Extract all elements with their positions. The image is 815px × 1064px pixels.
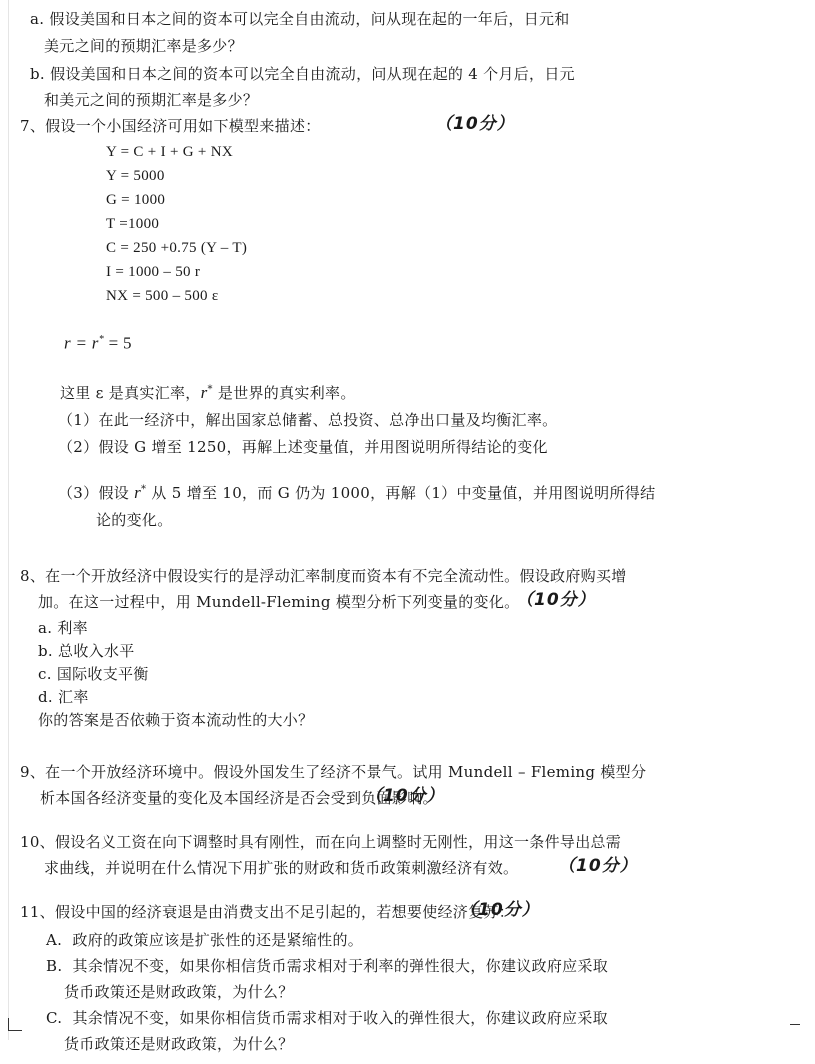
q7-intro: 7、假设一个小国经济可用如下模型来描述： <box>20 116 321 136</box>
question-number: 7、 <box>20 117 45 135</box>
note-text: 这里 ε 是真实汇率， <box>60 384 201 402</box>
q10-line1: 10、假设名义工资在向下调整时具有刚性，而在向上调整时无刚性，用这一条件导出总需 <box>20 832 621 852</box>
scan-dash-mark <box>790 1024 800 1025</box>
item-label: b. <box>30 65 45 83</box>
q8-line2: 加。在这一过程中，用 Mundell-Fleming 模型分析下列变量的变化。 <box>38 592 519 612</box>
question-text: 在一个开放经济环境中。假设外国发生了经济不景气。试用 Mundell – Fle… <box>45 763 646 781</box>
sub-text: （3）假设 <box>58 484 134 502</box>
q11-option-b-line2: 货币政策还是财政政策，为什么？ <box>64 982 294 1002</box>
exam-page: a. 假设美国和日本之间的资本可以完全自由流动，问从现在起的一年后，日元和 美元… <box>0 0 815 1064</box>
q9-score: （10分） <box>365 786 445 806</box>
item-text: 假设美国和日本之间的资本可以完全自由流动，问从现在起的一年后，日元和 <box>49 10 569 28</box>
q6-b-line1: b. 假设美国和日本之间的资本可以完全自由流动，问从现在起的 4 个月后，日元 <box>30 64 575 84</box>
q6-a-line2: 美元之间的预期汇率是多少？ <box>44 36 243 56</box>
equation: NX = 500 – 500 ε <box>106 286 218 306</box>
scan-corner-mark <box>8 1030 22 1031</box>
q11-score: （10分） <box>460 900 540 920</box>
q11-intro: 11、假设中国的经济衰退是由消费支出不足引起的，若想要使经济复苏： <box>20 902 514 922</box>
q7-sub1: （1）在此一经济中，解出国家总储蓄、总投资、总净出口量及均衡汇率。 <box>58 410 557 430</box>
q9-line1: 9、在一个开放经济环境中。假设外国发生了经济不景气。试用 Mundell – F… <box>20 762 646 782</box>
q7-sub3-line1: （3）假设 r* 从 5 增至 10，而 G 仍为 1000，再解（1）中变量值… <box>58 480 655 503</box>
option-label: B. <box>46 957 62 975</box>
question-number: 9、 <box>20 763 45 781</box>
equation: T =1000 <box>106 214 159 234</box>
option-text: 政府的政策应该是扩张性的还是紧缩性的。 <box>72 931 363 949</box>
q11-option-c-line2: 货币政策还是财政政策，为什么？ <box>64 1034 294 1054</box>
q7-note: 这里 ε 是真实汇率，r* 是世界的真实利率。 <box>60 380 356 403</box>
equation: Y = 5000 <box>106 166 165 186</box>
question-number: 10、 <box>20 833 55 851</box>
question-text: 假设名义工资在向下调整时具有刚性，而在向上调整时无刚性，用这一条件导出总需 <box>55 833 621 851</box>
question-text: 假设中国的经济衰退是由消费支出不足引起的，若想要使经济复苏： <box>55 903 514 921</box>
q7-sub2: （2）假设 G 增至 1250，再解上述变量值，并用图说明所得结论的变化 <box>58 437 548 457</box>
question-text: 在一个开放经济中假设实行的是浮动汇率制度而资本有不完全流动性。假设政府购买增 <box>45 567 626 585</box>
scan-margin-line <box>8 0 9 1040</box>
q8-score: （10分） <box>516 590 596 610</box>
r-equals-rstar-equation: r = r* = 5 <box>64 330 132 354</box>
q7-score: （10分） <box>435 114 515 134</box>
q8-item-c: c. 国际收支平衡 <box>38 664 149 684</box>
equation: Y = C + I + G + NX <box>106 142 233 162</box>
q8-item-d: d. 汇率 <box>38 687 89 707</box>
sub-symbol: r <box>134 483 141 502</box>
note-symbol: r <box>201 383 208 402</box>
q11-option-c-line1: C. 其余情况不变，如果你相信货币需求相对于收入的弹性很大，你建议政府应采取 <box>46 1008 608 1028</box>
question-number: 11、 <box>20 903 55 921</box>
equation: I = 1000 – 50 r <box>106 262 200 282</box>
q7-sub3-line2: 论的变化。 <box>96 510 173 530</box>
equation: G = 1000 <box>106 190 165 210</box>
q10-line2: 求曲线，并说明在什么情况下用扩张的财政和货币政策刺激经济有效。 <box>44 858 518 878</box>
option-label: A. <box>46 931 62 949</box>
item-text: 假设美国和日本之间的资本可以完全自由流动，问从现在起的 4 个月后，日元 <box>50 65 575 83</box>
q11-option-a: A. 政府的政策应该是扩张性的还是紧缩性的。 <box>46 930 363 950</box>
q8-line1: 8、在一个开放经济中假设实行的是浮动汇率制度而资本有不完全流动性。假设政府购买增 <box>20 566 627 586</box>
item-label: a. <box>30 10 44 28</box>
eq-part: = 5 <box>104 334 132 353</box>
q6-a-line1: a. 假设美国和日本之间的资本可以完全自由流动，问从现在起的一年后，日元和 <box>30 9 570 29</box>
option-text: 其余情况不变，如果你相信货币需求相对于收入的弹性很大，你建议政府应采取 <box>72 1009 608 1027</box>
scan-corner-mark <box>8 1018 9 1030</box>
note-text: 是世界的真实利率。 <box>213 384 356 402</box>
q8-item-b: b. 总收入水平 <box>38 641 135 661</box>
question-text: 假设一个小国经济可用如下模型来描述： <box>45 117 320 135</box>
equation: C = 250 +0.75 (Y – T) <box>106 238 247 258</box>
option-label: C. <box>46 1009 62 1027</box>
q11-option-b-line1: B. 其余情况不变，如果你相信货币需求相对于利率的弹性很大，你建议政府应采取 <box>46 956 608 976</box>
sub-text: 从 5 增至 10，而 G 仍为 1000，再解（1）中变量值，并用图说明所得结 <box>146 484 655 502</box>
option-text: 其余情况不变，如果你相信货币需求相对于利率的弹性很大，你建议政府应采取 <box>73 957 609 975</box>
q8-closing: 你的答案是否依赖于资本流动性的大小？ <box>38 710 313 730</box>
question-number: 8、 <box>20 567 45 585</box>
eq-part: r = r <box>64 334 99 353</box>
q10-score: （10分） <box>558 856 638 876</box>
q8-item-a: a. 利率 <box>38 618 88 638</box>
q6-b-line2: 和美元之间的预期汇率是多少？ <box>44 90 258 110</box>
